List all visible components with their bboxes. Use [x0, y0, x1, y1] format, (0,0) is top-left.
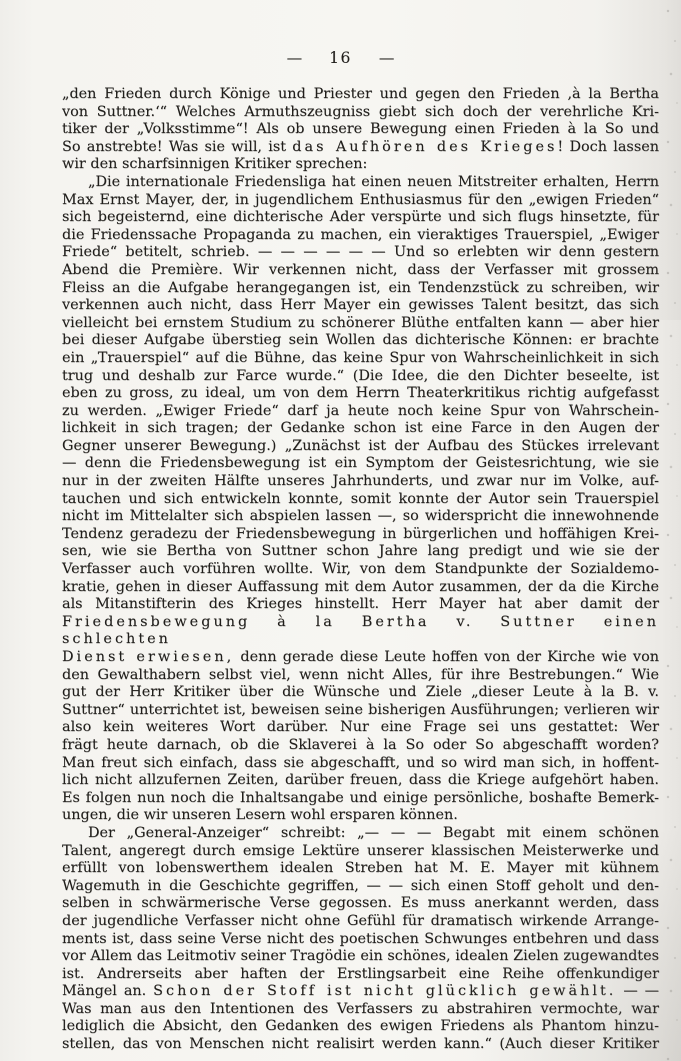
text-line: trug und deshalb zur Farce wurde.“ (Die … — [62, 368, 659, 386]
text-line: als Mitanstifterin des Krieges hinstellt… — [62, 596, 659, 614]
text-segment: Mängel an. — [62, 983, 153, 999]
text-line: wir den scharfsinnigen Kritiker sprechen… — [62, 156, 659, 174]
letterspaced-text: das Aufhören des Krieges — [292, 139, 557, 155]
text-line: gut der Herr Kritiker über die Wünsche u… — [62, 684, 659, 702]
text-line: sen, wie sie Bertha von Suttner schon Ja… — [62, 543, 659, 561]
text-line: tauchen und sich entwickeln konnte, somi… — [62, 491, 659, 509]
text-line: Abend die Première. Wir verkennen nicht,… — [62, 262, 659, 280]
text-line: Man freut sich einfach, dass sie abgesch… — [62, 755, 659, 773]
text-line: So anstrebte! Was sie will, ist das Aufh… — [62, 139, 659, 157]
text-segment: denn gerade diese Leute hoffen von der K… — [234, 649, 659, 665]
text-line: sich begeisternd, eine dichterische Ader… — [62, 209, 659, 227]
scan-edge-shade — [591, 0, 681, 320]
text-line: Gegner unserer Bewegung.) „Zunächst ist … — [62, 438, 659, 456]
header-dash-left: — — [287, 49, 303, 67]
body-paragraph: „den Frieden durch Könige und Priester u… — [62, 86, 659, 174]
text-line: Dienst erwiesen, denn gerade diese Leute… — [62, 649, 659, 667]
text-line: bei dieser Aufgabe überstieg sein Wollen… — [62, 332, 659, 350]
text-line: also kein weiteres Wort darüber. Nur ein… — [62, 719, 659, 737]
text-line: „den Frieden durch Könige und Priester u… — [62, 86, 659, 104]
page-number: 16 — [329, 49, 352, 67]
text-line: vielleicht bei ernstem Studium zu schöne… — [62, 315, 659, 333]
text-line: tiker der „Volksstimme“! Als ob unsere B… — [62, 121, 659, 139]
text-line: von Suttner.‘“ Welches Armuthszeugniss g… — [62, 104, 659, 122]
text-line: ein „Trauerspiel“ auf die Bühne, das kei… — [62, 350, 659, 368]
text-segment: So anstrebte! Was sie will, ist — [62, 139, 292, 155]
text-line: Tendenz geradezu der Friedensbewegung in… — [62, 526, 659, 544]
text-line: nicht im Mittelalter sich abspielen lass… — [62, 508, 659, 526]
text-line: verkennen auch nicht, dass Herr Mayer ei… — [62, 297, 659, 315]
text-line: den Gewalthabern selbst viel, wenn nicht… — [62, 667, 659, 685]
text-line: frägt heute darnach, ob die Sklaverei à … — [62, 737, 659, 755]
text-line: die Friedenssache Propaganda zu machen, … — [62, 227, 659, 245]
text-line: Es folgen nun noch die Inhaltsangabe und… — [62, 790, 659, 808]
text-line: Suttner“ unterrichtet ist, beweisen sein… — [62, 702, 659, 720]
header-dash-right: — — [379, 49, 395, 67]
text-line: Max Ernst Mayer, der, in jugendlichem En… — [62, 192, 659, 210]
body-paragraph: „Die internationale Friedensliga hat ein… — [62, 174, 659, 825]
letterspaced-text: Friedensbewegung à la Bertha v. Suttner … — [62, 614, 659, 648]
text-line: eben zu gross, zu ideal, um von dem Herr… — [62, 385, 659, 403]
text-line: kratie, gehen in dieser Auffassung mit d… — [62, 579, 659, 597]
text-line: — denn die Friedensbewegung ist ein Symp… — [62, 455, 659, 473]
text-line: Fleiss an die Aufgabe herangegangen ist,… — [62, 280, 659, 298]
text-line: zu werden. „Ewiger Friede“ darf ja heute… — [62, 403, 659, 421]
text-line: Friedensbewegung à la Bertha v. Suttner … — [62, 614, 659, 649]
page-header: — 16 — — [0, 49, 681, 67]
text-line: lichkeit in sich tragen; der Gedanke sch… — [62, 420, 659, 438]
scan-corner-shade — [471, 831, 681, 1061]
text-line: „Die internationale Friedensliga hat ein… — [62, 174, 659, 192]
text-line: Verfasser auch vorführen wollte. Wir, vo… — [62, 561, 659, 579]
text-line: ungen, die wir unseren Lesern wohl erspa… — [62, 807, 659, 825]
letterspaced-text: Dienst erwiesen, — [62, 649, 234, 665]
scanned-book-page: — 16 — „den Frieden durch Könige und Pri… — [0, 0, 681, 1061]
text-line: lich nicht allzufernen Zeiten, darüber f… — [62, 772, 659, 790]
text-line: nur in der zweiten Hälfte unseres Jahrhu… — [62, 473, 659, 491]
text-line: Friede“ betitelt, schrieb. — — — — — — U… — [62, 244, 659, 262]
